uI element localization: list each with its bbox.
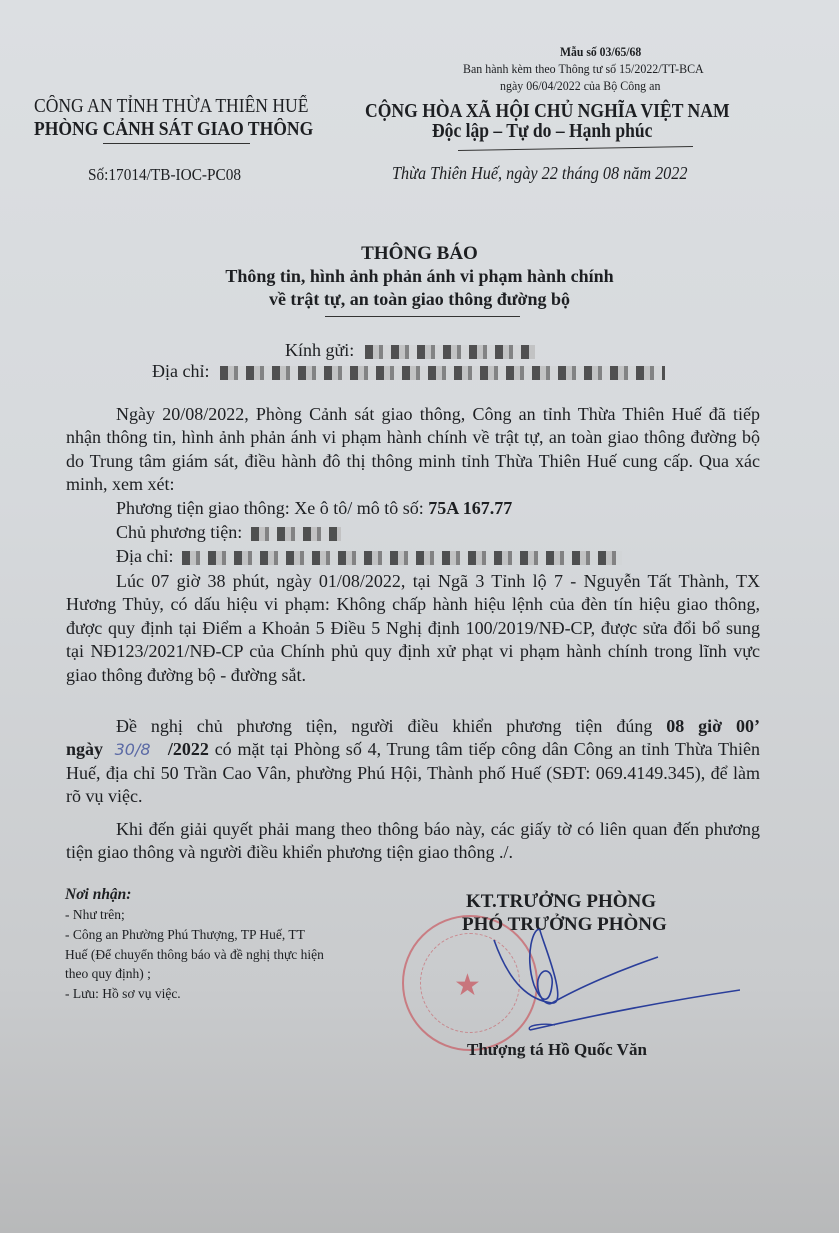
handwritten-date: 30/8 — [115, 740, 151, 759]
appointment-time: 08 giờ 00’ — [666, 716, 760, 736]
vehicle-line: Phương tiện giao thông: Xe ô tô/ mô tô s… — [116, 498, 512, 519]
document-number: Số:17014/TB-IOC-PC08 — [88, 165, 241, 185]
form-issued-with: Ban hành kèm theo Thông tư số 15/2022/TT… — [463, 61, 704, 77]
recipient-item: - Công an Phường Phú Thượng, TP Huế, TT — [65, 927, 305, 943]
redacted-address — [220, 366, 665, 380]
signature-icon — [490, 925, 740, 1035]
owner-label: Chủ phương tiện: — [116, 522, 242, 542]
nation-name: CỘNG HÒA XÃ HỘI CHỦ NGHĨA VIỆT NAM — [365, 100, 730, 123]
document-subtitle-2: về trật tự, an toàn giao thông đường bộ — [0, 289, 839, 310]
motto-divider — [458, 146, 693, 151]
document-subtitle-1: Thông tin, hình ảnh phản ánh vi phạm hàn… — [0, 266, 839, 287]
document-title: THÔNG BÁO — [0, 243, 839, 265]
recipient-item: Huế (Để chuyển thông báo và đề nghị thực… — [65, 947, 324, 963]
title-divider — [325, 316, 520, 317]
vehicle-label: Phương tiện giao thông: Xe ô tô/ mô tô s… — [116, 498, 424, 518]
license-plate: 75A 167.77 — [428, 498, 512, 518]
agency-department: PHÒNG CẢNH SÁT GIAO THÔNG — [34, 119, 313, 141]
paragraph-instructions: Khi đến giải quyết phải mang theo thông … — [66, 818, 760, 865]
nation-motto: Độc lập – Tự do – Hạnh phúc — [432, 121, 652, 143]
recipient-item: theo quy định) ; — [65, 966, 151, 982]
agency-divider — [103, 143, 250, 144]
notice-document: Mẫu số 03/65/68 Ban hành kèm theo Thông … — [0, 0, 839, 1233]
seal-star-icon: ★ — [454, 968, 481, 1003]
recipient-item: - Như trên; — [65, 907, 125, 923]
place-date: Thừa Thiên Huế, ngày 22 tháng 08 năm 202… — [392, 163, 687, 184]
owner-address-label: Địa chỉ: — [116, 546, 173, 566]
paragraph-summons: Đề nghị chủ phương tiện, người điều khiể… — [66, 715, 760, 809]
recipient-item: - Lưu: Hồ sơ vụ việc. — [65, 986, 181, 1002]
appointment-year: /2022 — [168, 739, 209, 759]
redacted-owner — [251, 527, 341, 541]
addressee-address: Địa chỉ: — [152, 361, 665, 382]
signer-title-1: KT.TRƯỞNG PHÒNG — [466, 891, 656, 913]
paragraph-violation: Lúc 07 giờ 38 phút, ngày 01/08/2022, tại… — [66, 570, 760, 687]
agency-parent: CÔNG AN TỈNH THỪA THIÊN HUẾ — [34, 96, 308, 118]
signer-name: Thượng tá Hồ Quốc Văn — [467, 1040, 647, 1060]
form-issued-date: ngày 06/04/2022 của Bộ Công an — [500, 78, 660, 94]
recipients-title: Nơi nhận: — [65, 886, 131, 904]
address-label: Địa chỉ: — [152, 361, 209, 381]
owner-address-line: Địa chỉ: — [116, 546, 622, 567]
redacted-owner-address — [182, 551, 622, 565]
addressee: Kính gửi: — [285, 340, 535, 361]
owner-line: Chủ phương tiện: — [116, 522, 341, 543]
addressee-label: Kính gửi: — [285, 340, 354, 360]
form-number: Mẫu số 03/65/68 — [560, 44, 641, 60]
paragraph-intro: Ngày 20/08/2022, Phòng Cảnh sát giao thô… — [66, 403, 760, 497]
redacted-name — [365, 345, 535, 359]
